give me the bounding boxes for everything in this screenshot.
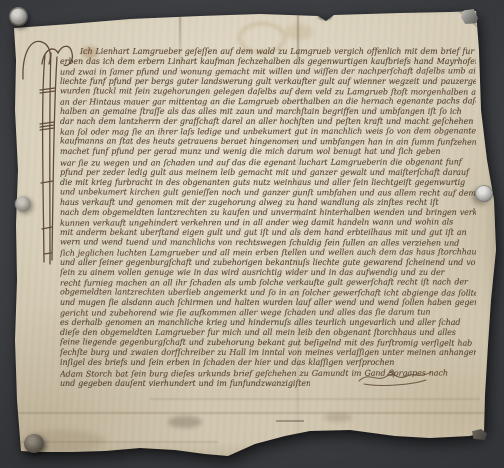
- manuscript-line: an der Hintaus mauer gar mittentag an di…: [60, 97, 476, 108]
- manuscript-line: pfund per zeder ledig gult aus meinem le…: [60, 168, 476, 178]
- manuscript-line: halben an gemaine ſtraſſe als das alles …: [60, 107, 476, 117]
- smudge-bottom-left: [168, 416, 202, 428]
- manuscript-line: machet funf pfund per gerad munz und wen…: [60, 147, 476, 157]
- parchment-wrap: Ich Lienhart Lamgrueber geſeſſen auf dem…: [0, 0, 504, 468]
- pin-bottom-left: [24, 434, 44, 453]
- manuscript-line: kunnen verkauft ungehindert verkehren un…: [60, 217, 476, 228]
- manuscript-line: und unbekumert kirchen gult genieſſen no…: [60, 187, 476, 198]
- manuscript-line: kaufmanns an ſtat des heuts getrauens be…: [60, 137, 476, 148]
- manuscript-line: haus verkauft und genomen mit der zugeho…: [60, 198, 476, 208]
- smudge-bottom-right: [324, 413, 352, 422]
- parchment: Ich Lienhart Lamgrueber geſeſſen auf dem…: [0, 0, 504, 468]
- manuscript-line: ſich jeglichen luchten Lamgrueber und al…: [60, 247, 476, 258]
- crease-horizontal-faint: [150, 398, 480, 400]
- pin-middle-right: [475, 185, 493, 202]
- manuscript-line: ſechſte burg und zwaien dorfſchreiber zu…: [60, 348, 476, 358]
- manuscript-text: Ich Lienhart Lamgrueber geſeſſen auf dem…: [60, 47, 476, 389]
- manuscript-line: nach dem obgemeldten lantzrechten zu kau…: [60, 208, 476, 218]
- initial-flourish: [20, 33, 80, 271]
- crease-horizontal-main: [18, 412, 484, 414]
- manuscript-line: und gegeben dauſent vierhundert und im f…: [60, 379, 310, 389]
- closing-flourish: [356, 366, 436, 388]
- manuscript-line: und zwai in ſamer pfund und wonung gemac…: [60, 66, 476, 77]
- pin-middle-left: [15, 196, 31, 212]
- stain-top-center: [285, 24, 313, 40]
- crease-bottom-left: [18, 441, 218, 443]
- photo-backdrop: Ich Lienhart Lamgrueber geſeſſen auf dem…: [0, 0, 504, 468]
- manuscript-line: gericht und zubehorend wie ſie aufkommen…: [60, 308, 476, 319]
- manuscript-line: Ich Lienhart Lamgrueber geſeſſen auf dem…: [60, 47, 476, 57]
- pin-top-left: [9, 7, 28, 26]
- edge-notch-shadow: [318, 13, 332, 20]
- stain-top-left: [100, 5, 142, 19]
- manuscript-line: ſeine liegende gegenburgſchaft und zubeh…: [60, 338, 476, 349]
- manuscript-line: es derhalb genomen an manchliche krieg u…: [60, 318, 476, 328]
- manuscript-line: mit anderm bekant uberſtand eigen gult u…: [60, 228, 476, 238]
- manuscript-line: und aller ſeiner gegenburgſchaft und zub…: [60, 258, 476, 268]
- scratch-mark: [276, 420, 304, 422]
- manuscript-line: war ſie zu wegen und an ſchaden und auf …: [60, 157, 476, 168]
- manuscript-line: obgemeldten lantzrechten uberlieb angeme…: [60, 287, 476, 298]
- manuscript-line: die mit krieg furbracht in des obgenante…: [60, 178, 476, 188]
